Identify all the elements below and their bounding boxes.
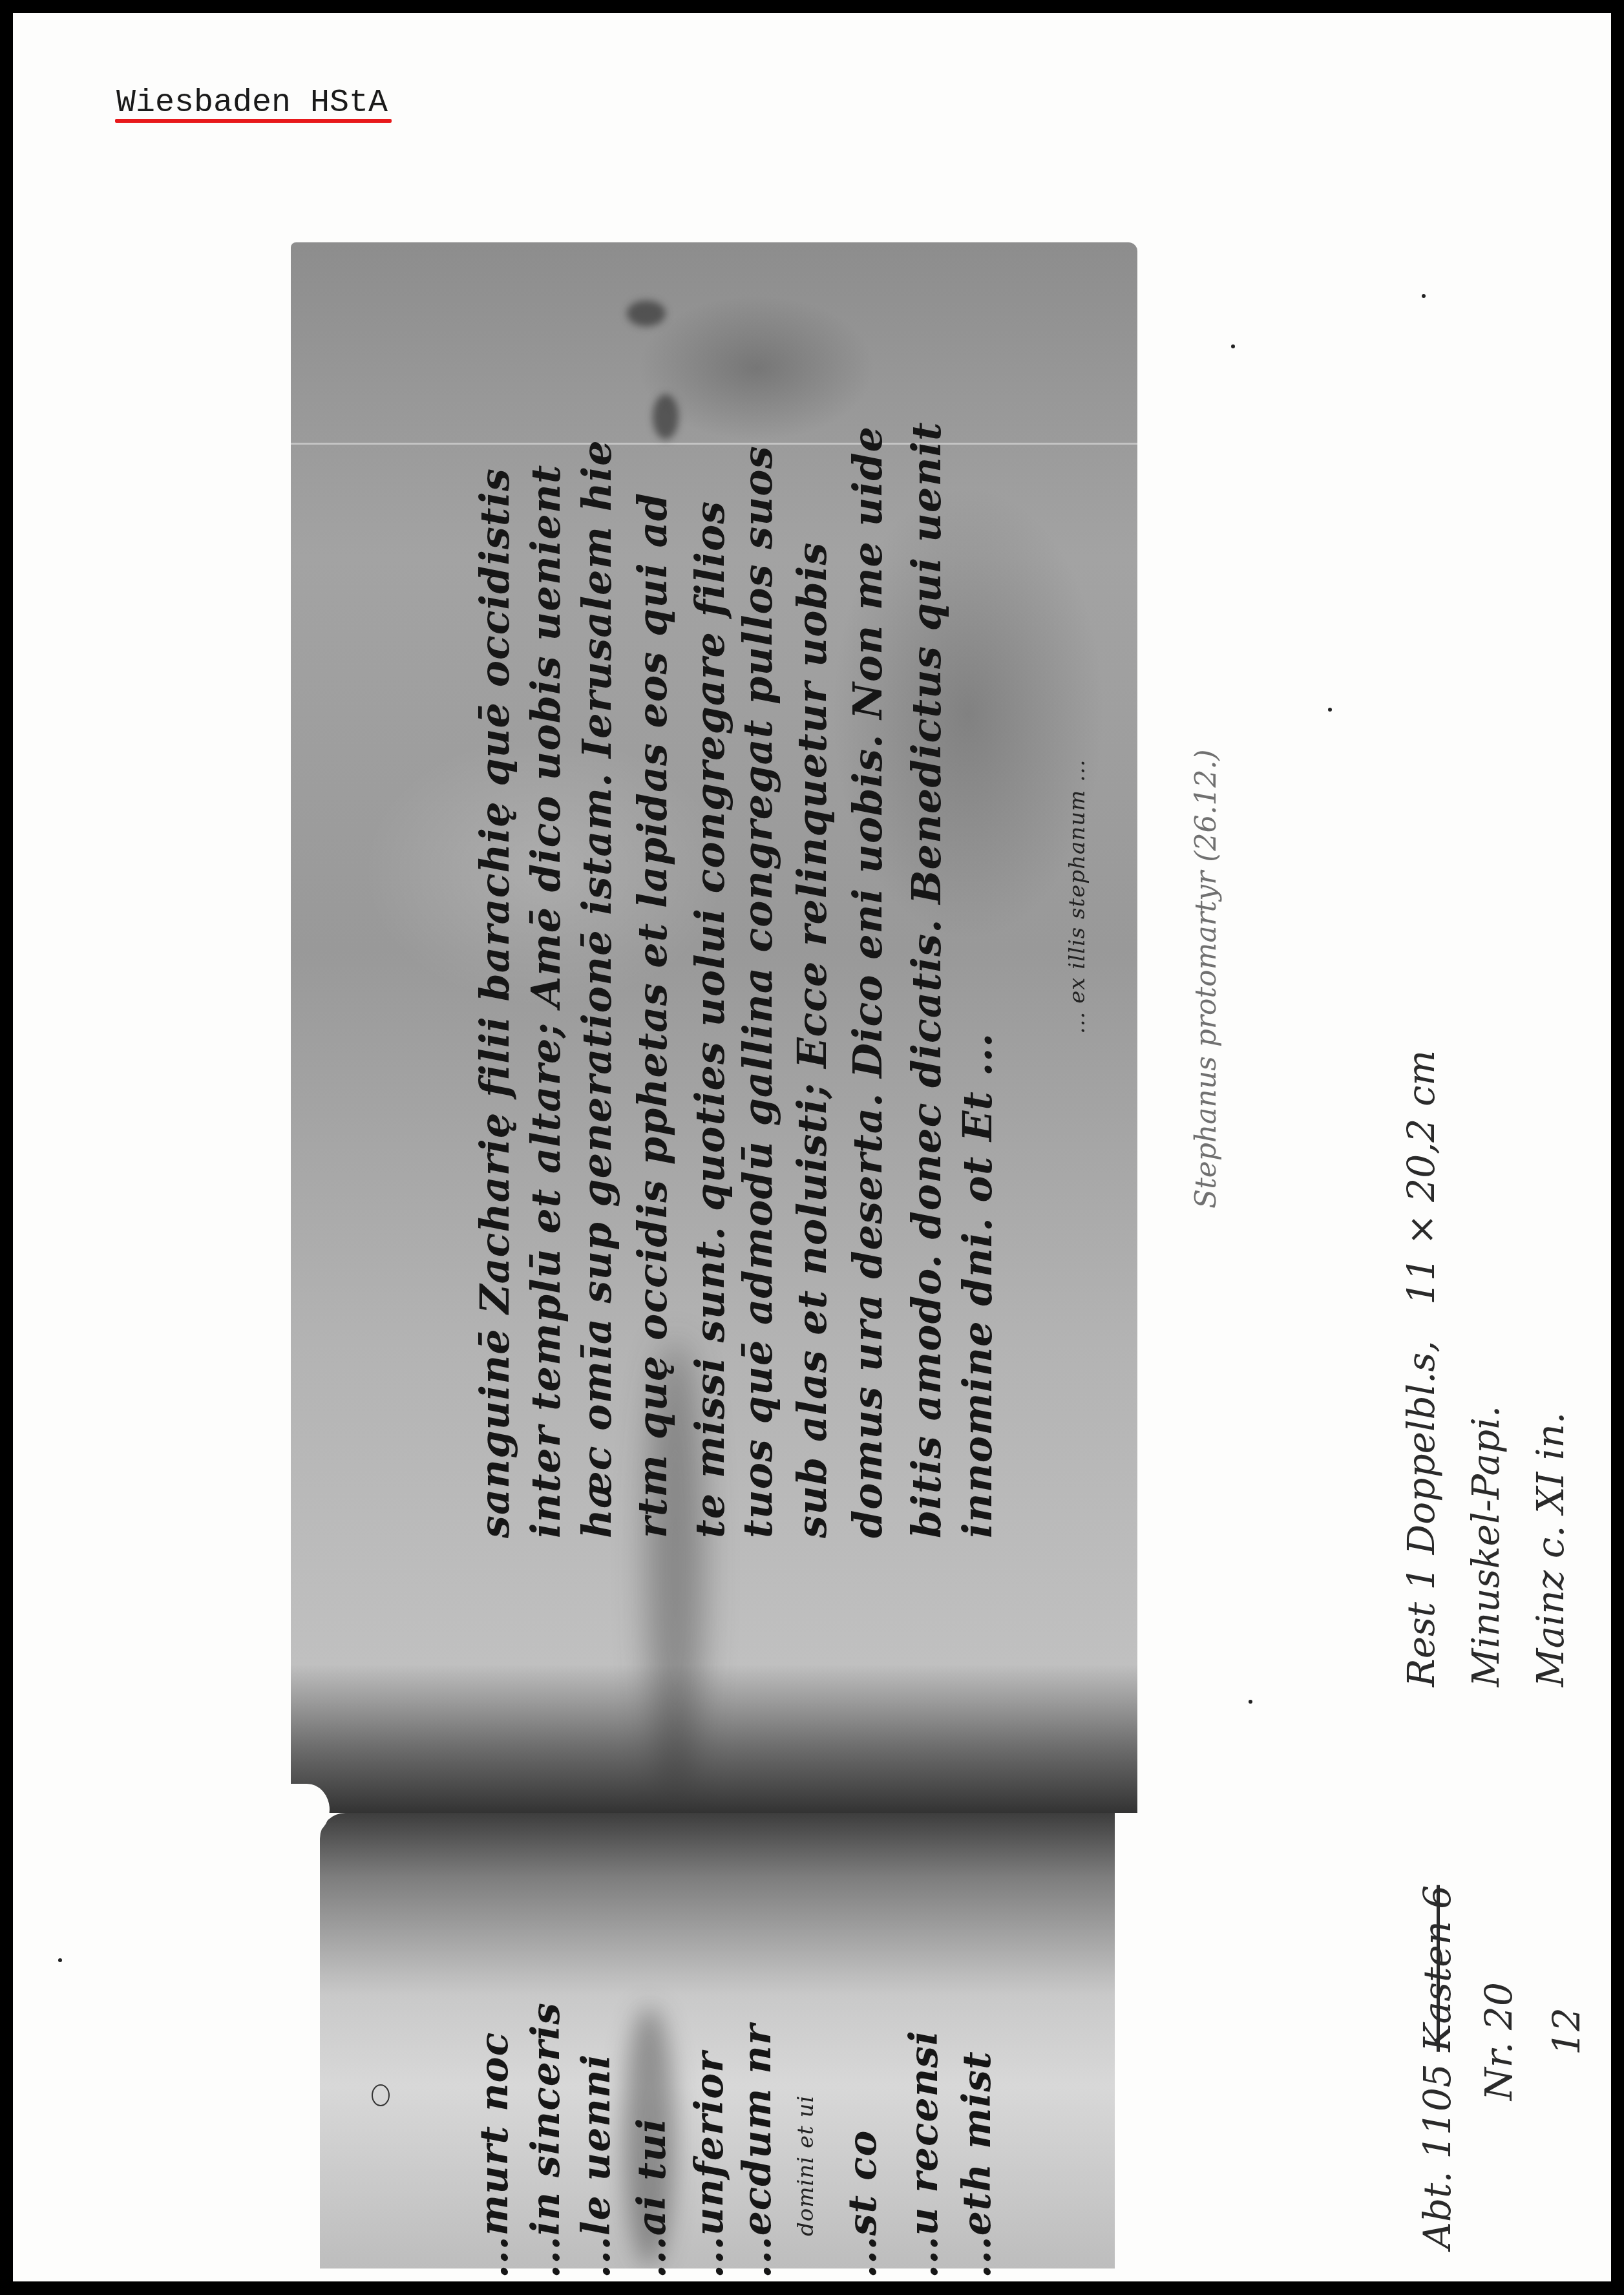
- speck: [1249, 1700, 1252, 1704]
- manuscript-line: sanguinē Zacharię filii barachię quē occ…: [475, 468, 515, 1538]
- manuscript-line: ...st co: [843, 2130, 882, 2278]
- stain: [653, 394, 679, 439]
- manuscript-line: bitis amodo. donec dicatis. Benedictus q…: [907, 421, 947, 1538]
- annotation-fragment-text: Rest 1 Doppelbl.s: [1399, 1353, 1443, 1687]
- speck: [58, 1958, 62, 1962]
- annotation-kasten-struck: Kasten 6: [1415, 1885, 1459, 2052]
- manuscript-line: te missi sunt. quoties uolui congregare …: [690, 501, 730, 1538]
- fold-band: [291, 1664, 1137, 1813]
- marginal-note: ... ex illis stephanum ...: [1066, 759, 1088, 1034]
- manuscript-line: ...ecdum nr: [738, 2024, 777, 2278]
- annotation-shelfmark: Abt. 1105 Kasten 6: [1418, 1885, 1456, 2249]
- manuscript-line: ...u recensi: [905, 2030, 944, 2278]
- manuscript-line: domus ura deserta. Dico eni uobis. Non m…: [848, 426, 888, 1538]
- archive-title: Wiesbaden HStA: [116, 87, 388, 120]
- ring-mark: [372, 2084, 390, 2106]
- annotation-folio: 12: [1548, 2007, 1585, 2055]
- red-underline: [115, 119, 392, 123]
- annotation-feast: Stephanus protomartyr (26.12.): [1192, 749, 1221, 1209]
- fold-notch: [284, 1784, 330, 1835]
- speck: [1328, 708, 1332, 712]
- annotation-origin: Mainz c. XI in.: [1532, 1412, 1569, 1687]
- annotation-abt: Abt. 1105: [1415, 2064, 1459, 2249]
- annotation-separator: ,: [1399, 1305, 1443, 1353]
- manuscript-interlinear: domini et ui: [795, 2095, 817, 2236]
- manuscript-line: hæc omīa sup generationē istam. Ierusale…: [577, 439, 617, 1538]
- manuscript-line: ...unferior: [690, 2051, 729, 2278]
- manuscript-line: ...le uenni: [577, 2054, 616, 2278]
- annotation-dimensions: 11 × 20,2 cm: [1399, 1050, 1443, 1305]
- speck: [1422, 294, 1426, 298]
- stain: [627, 301, 666, 326]
- manuscript-line: sub alas et noluisti; Ecce relinquetur u…: [792, 542, 832, 1538]
- annotation-fragment: Rest 1 Doppelbl.s, 11 × 20,2 cm: [1402, 1050, 1440, 1687]
- manuscript-line: ...ai tui: [633, 2118, 671, 2278]
- manuscript-line: inter templū et altare; Amē dico uobis u…: [526, 465, 566, 1538]
- manuscript-line: ...eth mist: [958, 2051, 997, 2278]
- crease-line: [291, 443, 1137, 445]
- manuscript-line: tuos quē admodū gallina congregat pullos…: [738, 445, 778, 1538]
- speck: [1231, 344, 1235, 348]
- manuscript-line: ...murt noc: [475, 2032, 514, 2278]
- manuscript-line: ...in sinceris: [527, 2002, 565, 2278]
- manuscript-line: rtm quę occidis pphetas et lapidas eos q…: [633, 492, 673, 1538]
- manuscript-line: innomine dni. ot Et ...: [958, 1033, 998, 1538]
- annotation-nr: Nr. 20: [1480, 1982, 1517, 2100]
- annotation-script: Minuskel-Papi.: [1467, 1406, 1504, 1687]
